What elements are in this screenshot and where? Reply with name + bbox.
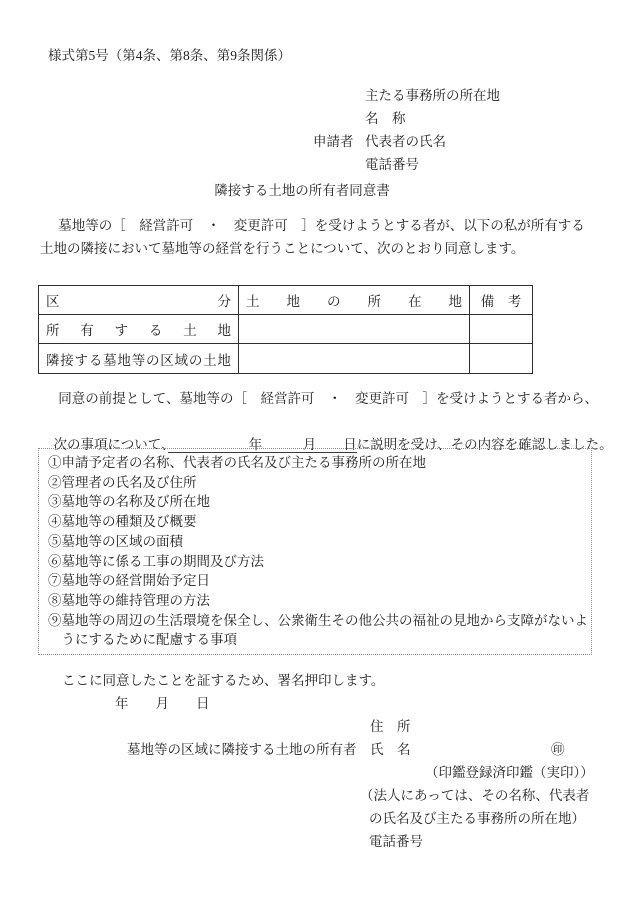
phone-label: 電話番号 xyxy=(369,830,423,853)
item-4: ④墓地等の種類及び概要 xyxy=(48,512,585,532)
applicant-block: 主たる事務所の所在地 名 称 申請者 代表者の氏名 電話番号 xyxy=(313,84,500,176)
applicant-name: 名 称 xyxy=(365,107,406,130)
applicant-office-address-row: 主たる事務所の所在地 xyxy=(313,84,500,107)
table-row-adjacent-land: 隣接する墓地等の区域の土地 xyxy=(39,344,533,374)
applicant-label-spacer xyxy=(313,107,365,130)
applicant-label-spacer xyxy=(313,153,365,176)
cell-adjacent-land-remarks xyxy=(470,344,533,374)
applicant-label: 申請者 xyxy=(313,130,365,153)
corporate-note-line-2: の氏名及び主たる事務所の所在地） xyxy=(369,807,585,830)
explanation-paragraph-line-1: 同意の前提として、墓地等の［ 経営許可 ・ 変更許可 ］を受けようとする者から、 xyxy=(40,387,598,410)
item-1: ①申請予定者の名称、代表者の氏名及び主たる事務所の所在地 xyxy=(48,453,585,473)
adjacent-owner-label: 墓地等の区域に隣接する土地の所有者 xyxy=(127,738,357,761)
item-8: ⑧墓地等の維持管理の方法 xyxy=(48,591,585,611)
applicant-office-address: 主たる事務所の所在地 xyxy=(365,84,500,107)
item-5: ⑤墓地等の区域の面積 xyxy=(48,532,585,552)
cell-owned-land-remarks xyxy=(470,315,533,344)
table-header-location: 土地の所在地 xyxy=(246,290,462,310)
cell-owned-land-location xyxy=(239,315,470,344)
signature-date-line: 年 月 日 xyxy=(115,692,210,715)
item-3: ③墓地等の名称及び所在地 xyxy=(48,492,585,512)
cell-adjacent-land-label: 隣接する墓地等の区域の土地 xyxy=(46,349,231,369)
table-row-owned-land: 所有する土地 xyxy=(39,315,533,344)
consent-form-document: 様式第5号（第4条、第8条、第9条関係） 主たる事務所の所在地 名 称 申請者 … xyxy=(0,0,630,903)
cell-owned-land-label: 所有する土地 xyxy=(46,319,231,339)
applicant-phone: 電話番号 xyxy=(365,153,419,176)
form-number: 様式第5号（第4条、第8条、第9条関係） xyxy=(48,44,291,67)
applicant-name-row: 名 称 xyxy=(313,107,500,130)
item-7: ⑦墓地等の経営開始予定日 xyxy=(48,571,585,591)
table-header-row: 区分 土地の所在地 備 考 xyxy=(39,286,533,315)
seal-note: （印鑑登録済印鑑（実印）） xyxy=(425,761,594,784)
applicant-representative: 代表者の氏名 xyxy=(365,130,446,153)
item-9: ⑨墓地等の周辺の生活環境を保全し、公衆衛生その他公共の福祉の見地から支障がないよ xyxy=(48,611,585,631)
address-label: 住 所 xyxy=(370,715,411,738)
item-9-continuation: うにするために配慮する事項 xyxy=(48,630,585,650)
consent-paragraph-line-1: 墓地等の［ 経営許可 ・ 変更許可 ］を受けようとする者が、以下の私が所有する xyxy=(40,214,585,237)
item-6: ⑥墓地等に係る工事の期間及び方法 xyxy=(48,552,585,572)
cell-adjacent-land-location xyxy=(239,344,470,374)
item-2: ②管理者の氏名及び住所 xyxy=(48,473,585,493)
corporate-note-line-1: （法人にあっては、その名称、代表者 xyxy=(360,784,589,807)
explained-items-box: ①申請予定者の名称、代表者の氏名及び主たる事務所の所在地 ②管理者の氏名及び住所… xyxy=(38,448,592,655)
applicant-phone-row: 電話番号 xyxy=(313,153,500,176)
table-header-category: 区分 xyxy=(46,290,231,310)
land-table: 区分 土地の所在地 備 考 所有する土地 隣接する墓地等の区域の土地 xyxy=(38,285,533,374)
applicant-representative-row: 申請者 代表者の氏名 xyxy=(313,130,500,153)
applicant-label-spacer xyxy=(313,84,365,107)
consent-paragraph-line-2: 土地の隣接において墓地等の経営を行うことについて、次のとおり同意します。 xyxy=(40,237,524,260)
name-label: 氏 名 xyxy=(370,738,411,761)
table-header-remarks: 備 考 xyxy=(470,286,533,315)
document-title: 隣接する土地の所有者同意書 xyxy=(0,179,604,202)
closing-statement: ここに同意したことを証するため、署名押印します。 xyxy=(62,669,384,692)
inkan-seal-mark-icon: ㊞ xyxy=(551,738,565,761)
